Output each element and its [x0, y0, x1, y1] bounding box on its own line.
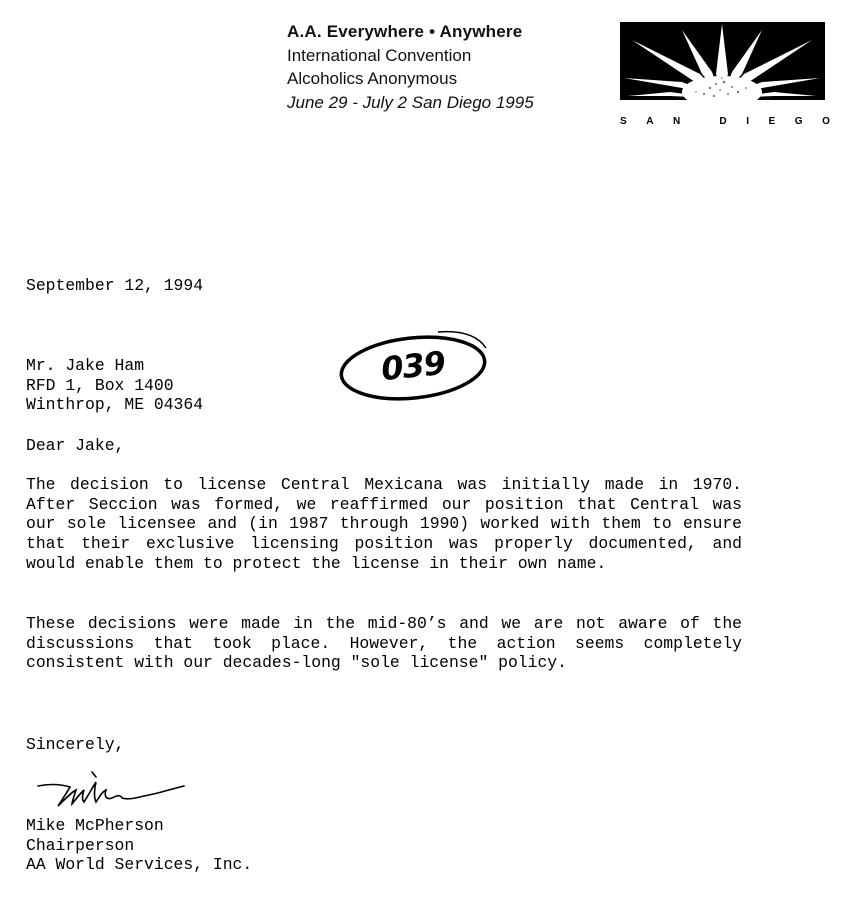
recipient-address-line2: Winthrop, ME 04364 [26, 395, 203, 415]
logo-caption-letter: A [646, 116, 653, 127]
logo-caption-letter: D [719, 116, 726, 127]
sunburst-logo-icon [620, 22, 825, 100]
logo-caption-letter: O [822, 116, 830, 127]
logo-caption-letter: E [769, 116, 776, 127]
letterhead-convention: International Convention [287, 44, 534, 68]
signer-block: Mike McPhersonChairpersonAA World Servic… [26, 816, 252, 875]
salutation: Dear Jake, [26, 436, 124, 456]
closing: Sincerely, [26, 735, 124, 755]
logo-caption-letter: N [673, 116, 680, 127]
letterhead: A.A. Everywhere • Anywhere International… [287, 20, 534, 114]
logo-caption-letter: I [746, 116, 749, 127]
body-paragraph: The decision to license Central Mexicana… [26, 475, 742, 574]
letter-page: A.A. Everywhere • Anywhere International… [0, 0, 847, 900]
signer-title: Chairperson [26, 836, 252, 856]
handwritten-stamp: 039 [338, 328, 488, 403]
stamp-number: 039 [334, 320, 491, 410]
letterhead-organization: Alcoholics Anonymous [287, 67, 534, 91]
letterhead-title: A.A. Everywhere • Anywhere [287, 20, 534, 44]
recipient-address-line1: RFD 1, Box 1400 [26, 376, 203, 396]
letter-date: September 12, 1994 [26, 276, 203, 296]
logo-caption-letter: S [620, 116, 627, 127]
body-paragraph: These decisions were made in the mid-80’… [26, 614, 742, 673]
letterhead-dates: June 29 - July 2 San Diego 1995 [287, 91, 534, 115]
signer-organization: AA World Services, Inc. [26, 855, 252, 875]
signer-name: Mike McPherson [26, 816, 252, 836]
recipient-name: Mr. Jake Ham [26, 356, 203, 376]
signature: Mike [36, 768, 186, 813]
logo-caption-letter: G [795, 116, 803, 127]
recipient-address: Mr. Jake HamRFD 1, Box 1400Winthrop, ME … [26, 356, 203, 415]
logo-caption: S A N D I E G O [620, 116, 830, 127]
